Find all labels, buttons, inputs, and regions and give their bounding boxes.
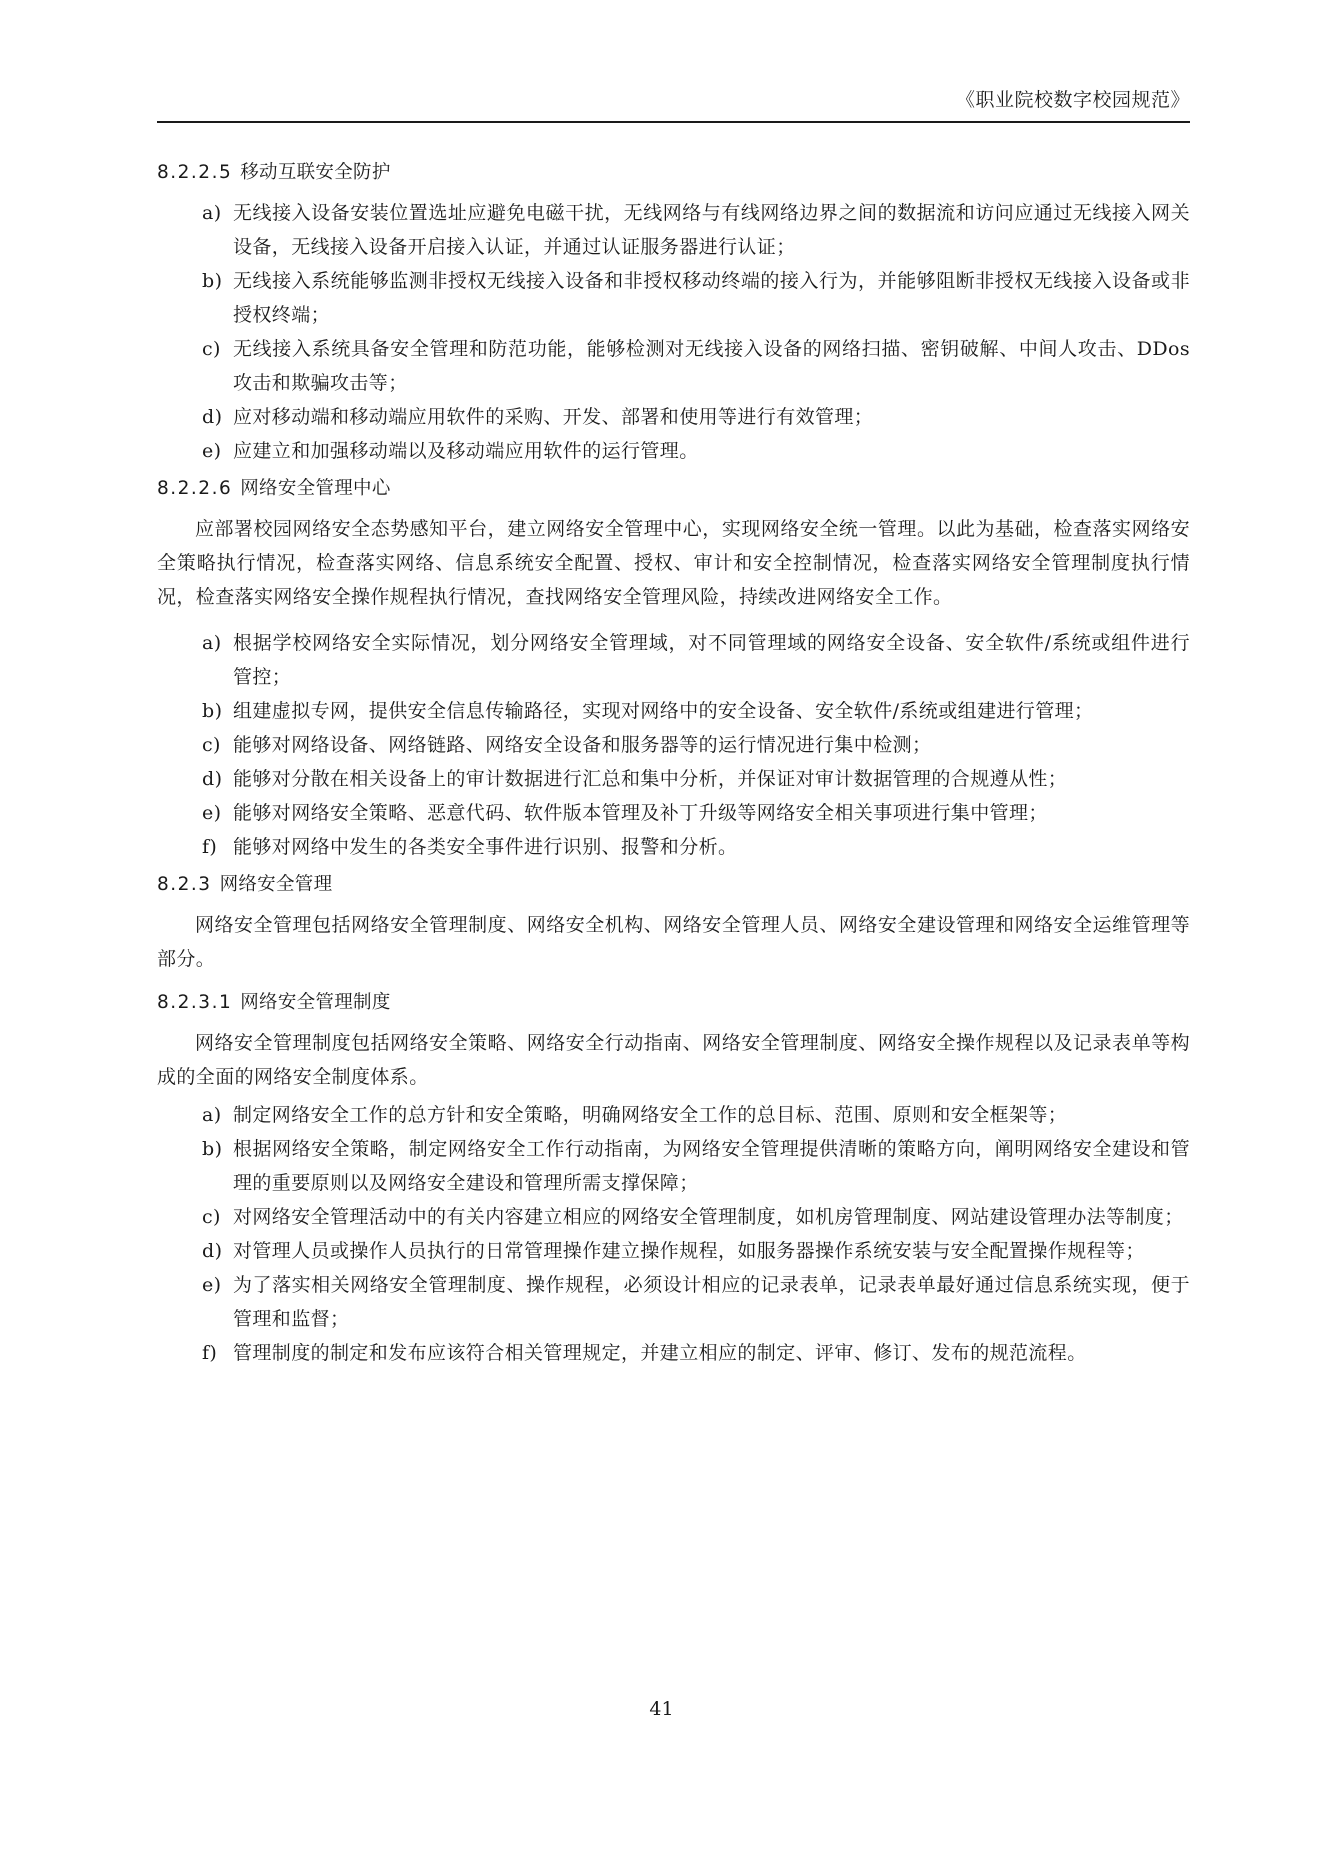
list-item-text: 对网络安全管理活动中的有关内容建立相应的网络安全管理制度，如机房管理制度、网站建… [233, 1206, 1184, 1228]
list-marker: b) [202, 694, 222, 728]
section-8-2-3: 8.2.3网络安全管理 网络安全管理包括网络安全管理制度、网络安全机构、网络安全… [157, 870, 1190, 976]
section-paragraph: 网络安全管理制度包括网络安全策略、网络安全行动指南、网络安全管理制度、网络安全操… [157, 1026, 1190, 1094]
list-marker: b) [202, 1132, 222, 1166]
list-item: d)应对移动端和移动端应用软件的采购、开发、部署和使用等进行有效管理； [157, 400, 1190, 434]
list-item-text: 制定网络安全工作的总方针和安全策略，明确网络安全工作的总目标、范围、原则和安全框… [233, 1104, 1067, 1126]
list-item-text: 能够对网络设备、网络链路、网络安全设备和服务器等的运行情况进行集中检测； [233, 734, 931, 756]
list-item: e)为了落实相关网络安全管理制度、操作规程，必须设计相应的记录表单，记录表单最好… [157, 1268, 1190, 1336]
header-rule [157, 121, 1190, 123]
section-title: 网络安全管理制度 [240, 992, 390, 1013]
section-number: 8.2.2.5 [157, 162, 232, 183]
list-item: a)根据学校网络安全实际情况，划分网络安全管理域，对不同管理域的网络安全设备、安… [157, 626, 1190, 694]
item-list: a)根据学校网络安全实际情况，划分网络安全管理域，对不同管理域的网络安全设备、安… [157, 626, 1190, 864]
list-marker: c) [202, 332, 221, 366]
list-item: a)制定网络安全工作的总方针和安全策略，明确网络安全工作的总目标、范围、原则和安… [157, 1098, 1190, 1132]
list-item: d)能够对分散在相关设备上的审计数据进行汇总和集中分析，并保证对审计数据管理的合… [157, 762, 1190, 796]
list-item-text: 无线接入系统能够监测非授权无线接入设备和非授权移动终端的接入行为，并能够阻断非授… [233, 270, 1190, 326]
section-paragraph: 应部署校园网络安全态势感知平台，建立网络安全管理中心，实现网络安全统一管理。以此… [157, 512, 1190, 614]
list-item-text: 根据学校网络安全实际情况，划分网络安全管理域，对不同管理域的网络安全设备、安全软… [233, 632, 1190, 688]
list-marker: f) [202, 830, 217, 864]
page-number: 41 [0, 1698, 1323, 1720]
list-item: c)无线接入系统具备安全管理和防范功能，能够检测对无线接入设备的网络扫描、密钥破… [157, 332, 1190, 400]
section-title: 网络安全管理中心 [240, 478, 390, 499]
list-marker: c) [202, 1200, 221, 1234]
section-number: 8.2.2.6 [157, 478, 232, 499]
list-item-text: 应建立和加强移动端以及移动端应用软件的运行管理。 [233, 440, 699, 462]
item-list: a)无线接入设备安装位置选址应避免电磁干扰，无线网络与有线网络边界之间的数据流和… [157, 196, 1190, 468]
list-item-text: 无线接入设备安装位置选址应避免电磁干扰，无线网络与有线网络边界之间的数据流和访问… [233, 202, 1190, 258]
list-item: f)能够对网络中发生的各类安全事件进行识别、报警和分析。 [157, 830, 1190, 864]
list-item-text: 对管理人员或操作人员执行的日常管理操作建立操作规程，如服务器操作系统安装与安全配… [233, 1240, 1145, 1262]
list-marker: d) [202, 762, 222, 796]
list-item: c)对网络安全管理活动中的有关内容建立相应的网络安全管理制度，如机房管理制度、网… [157, 1200, 1190, 1234]
section-heading: 8.2.2.6网络安全管理中心 [157, 474, 1190, 504]
list-item: a)无线接入设备安装位置选址应避免电磁干扰，无线网络与有线网络边界之间的数据流和… [157, 196, 1190, 264]
list-marker: e) [202, 434, 221, 468]
list-item: f)管理制度的制定和发布应该符合相关管理规定，并建立相应的制定、评审、修订、发布… [157, 1336, 1190, 1370]
list-item: b)无线接入系统能够监测非授权无线接入设备和非授权移动终端的接入行为，并能够阻断… [157, 264, 1190, 332]
section-heading: 8.2.3.1网络安全管理制度 [157, 988, 1190, 1018]
list-marker: a) [202, 1098, 222, 1132]
section-heading: 8.2.3网络安全管理 [157, 870, 1190, 900]
list-item-text: 无线接入系统具备安全管理和防范功能，能够检测对无线接入设备的网络扫描、密钥破解、… [233, 338, 1190, 394]
list-item-text: 能够对分散在相关设备上的审计数据进行汇总和集中分析，并保证对审计数据管理的合规遵… [233, 768, 1067, 790]
running-header-title: 《职业院校数字校园规范》 [157, 86, 1190, 114]
list-marker: c) [202, 728, 221, 762]
section-8-2-2-5: 8.2.2.5移动互联安全防护 a)无线接入设备安装位置选址应避免电磁干扰，无线… [157, 158, 1190, 468]
list-item-text: 能够对网络中发生的各类安全事件进行识别、报警和分析。 [233, 836, 737, 858]
list-item: d)对管理人员或操作人员执行的日常管理操作建立操作规程，如服务器操作系统安装与安… [157, 1234, 1190, 1268]
list-marker: a) [202, 626, 222, 660]
list-marker: a) [202, 196, 222, 230]
list-item: e)应建立和加强移动端以及移动端应用软件的运行管理。 [157, 434, 1190, 468]
list-item-text: 能够对网络安全策略、恶意代码、软件版本管理及补丁升级等网络安全相关事项进行集中管… [233, 802, 1048, 824]
section-paragraph: 网络安全管理包括网络安全管理制度、网络安全机构、网络安全管理人员、网络安全建设管… [157, 908, 1190, 976]
list-marker: e) [202, 1268, 221, 1302]
list-item: b)根据网络安全策略，制定网络安全工作行动指南，为网络安全管理提供清晰的策略方向… [157, 1132, 1190, 1200]
section-8-2-2-6: 8.2.2.6网络安全管理中心 应部署校园网络安全态势感知平台，建立网络安全管理… [157, 474, 1190, 864]
page-content: 8.2.2.5移动互联安全防护 a)无线接入设备安装位置选址应避免电磁干扰，无线… [157, 158, 1190, 1376]
list-item-text: 根据网络安全策略，制定网络安全工作行动指南，为网络安全管理提供清晰的策略方向，阐… [233, 1138, 1190, 1194]
list-marker: e) [202, 796, 221, 830]
list-item: c)能够对网络设备、网络链路、网络安全设备和服务器等的运行情况进行集中检测； [157, 728, 1190, 762]
document-page: 《职业院校数字校园规范》 8.2.2.5移动互联安全防护 a)无线接入设备安装位… [0, 0, 1323, 1871]
list-item: b)组建虚拟专网，提供安全信息传输路径，实现对网络中的安全设备、安全软件/系统或… [157, 694, 1190, 728]
list-item-text: 为了落实相关网络安全管理制度、操作规程，必须设计相应的记录表单，记录表单最好通过… [233, 1274, 1190, 1330]
list-marker: f) [202, 1336, 217, 1370]
list-marker: d) [202, 1234, 222, 1268]
section-title: 移动互联安全防护 [240, 162, 390, 183]
list-item-text: 管理制度的制定和发布应该符合相关管理规定，并建立相应的制定、评审、修订、发布的规… [233, 1342, 1087, 1364]
list-marker: d) [202, 400, 222, 434]
section-number: 8.2.3 [157, 874, 212, 895]
list-item-text: 组建虚拟专网，提供安全信息传输路径，实现对网络中的安全设备、安全软件/系统或组建… [233, 700, 1093, 722]
section-heading: 8.2.2.5移动互联安全防护 [157, 158, 1190, 188]
list-item-text: 应对移动端和移动端应用软件的采购、开发、部署和使用等进行有效管理； [233, 406, 873, 428]
item-list: a)制定网络安全工作的总方针和安全策略，明确网络安全工作的总目标、范围、原则和安… [157, 1098, 1190, 1370]
list-item: e)能够对网络安全策略、恶意代码、软件版本管理及补丁升级等网络安全相关事项进行集… [157, 796, 1190, 830]
section-title: 网络安全管理 [220, 874, 333, 895]
list-marker: b) [202, 264, 222, 298]
section-number: 8.2.3.1 [157, 992, 232, 1013]
section-8-2-3-1: 8.2.3.1网络安全管理制度 网络安全管理制度包括网络安全策略、网络安全行动指… [157, 988, 1190, 1370]
